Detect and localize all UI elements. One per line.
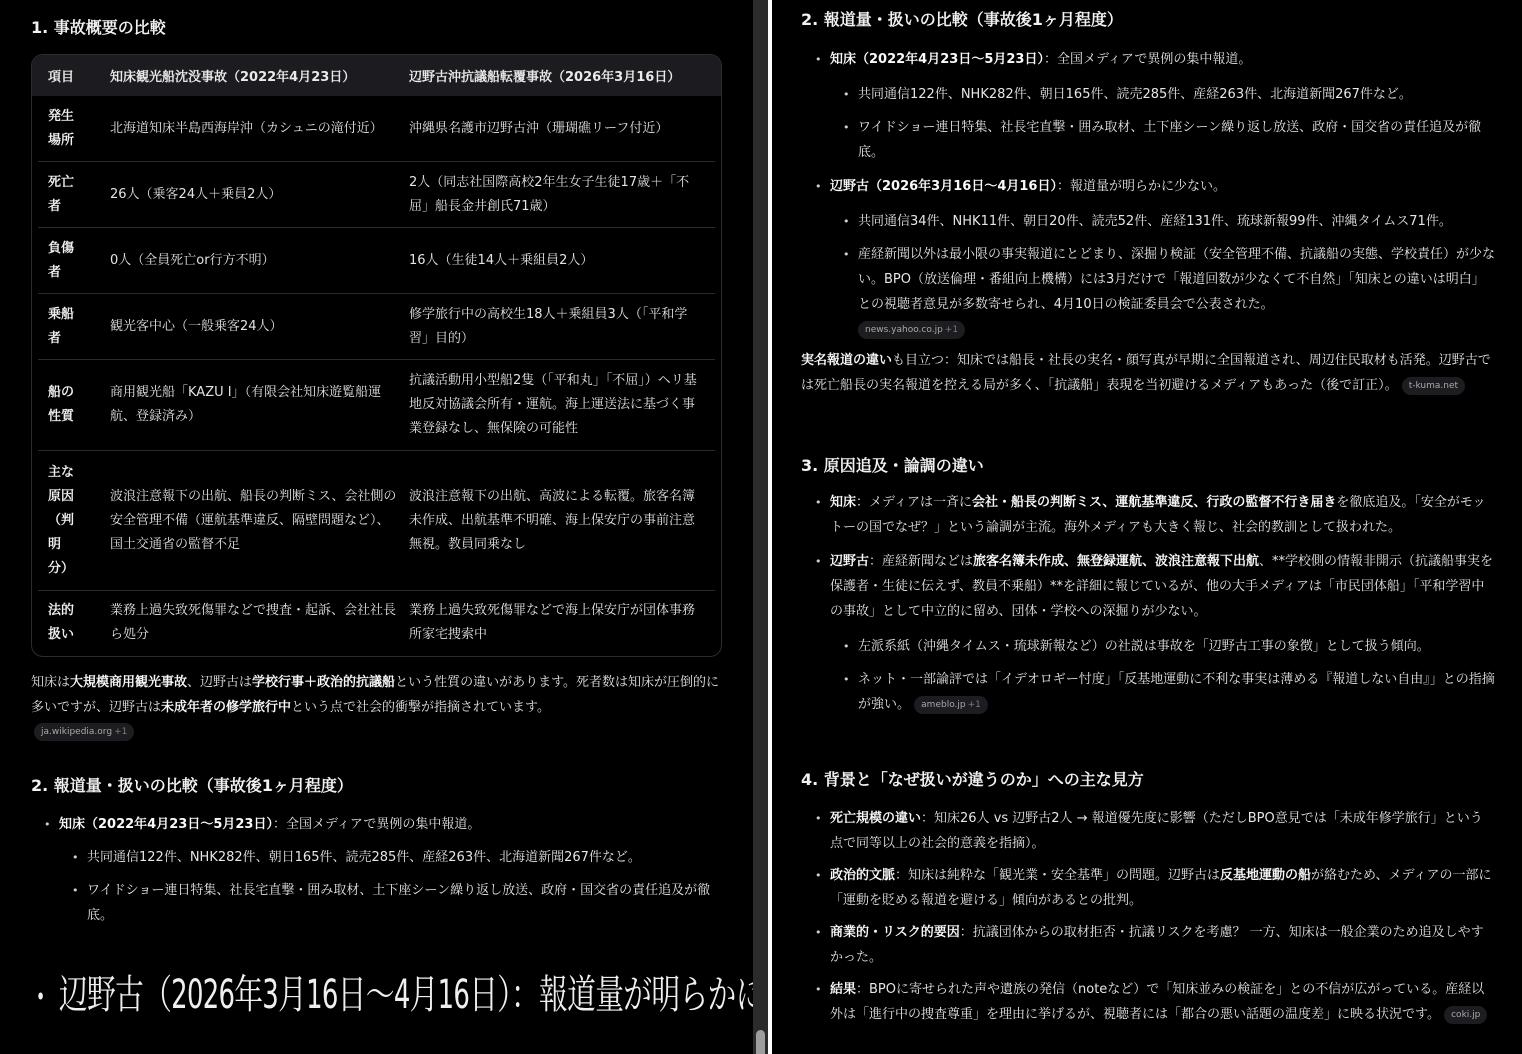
scrollbar-thumb[interactable]: [756, 1030, 765, 1054]
left-pane[interactable]: 1. 事故概要の比較 項目 知床観光船沈没事故（2022年4月23日） 辺野古沖…: [0, 0, 753, 1054]
row-shiretoko: 業務上過失致死傷罪などで捜査・起訴、会社社長ら処分: [110, 599, 409, 647]
section4-heading: 4. 背景と「なぜ扱いが違うのか」への主な見方: [801, 770, 1144, 791]
table-row: 船の性質 商用観光船「KAZU I」（有限会社知床遊覧船運航、登録済み） 抗議活…: [38, 360, 715, 451]
row-shiretoko: 0人（全員死亡or行方不明）: [110, 249, 409, 273]
enlarged-henoko-line: •辺野古（2026年3月16日～4月16日）：報道量が明らかに少ない。: [36, 965, 753, 1027]
sub-list-item: ワイドショー連日特集、社長宅直撃・囲み取材、土下座シーン繰り返し放送、政府・国交…: [858, 115, 1495, 165]
row-label: 死亡者: [38, 171, 110, 219]
section1-heading: 1. 事故概要の比較: [31, 18, 166, 39]
row-shiretoko: 波浪注意報下の出航、船長の判断ミス、会社側の安全管理不備（運航基準違反、隔壁問題…: [110, 485, 409, 557]
section2-heading: 2. 報道量・扱いの比較（事故後1ヶ月程度）: [801, 10, 1123, 31]
row-shiretoko: 26人（乗客24人＋乗員2人）: [110, 183, 409, 207]
list-item-shiretoko: 知床：メディアは一斉に会社・船長の判断ミス、運航基準違反、行政の監督不行き届きを…: [830, 490, 1495, 540]
row-label: 主な原因（判明分）: [38, 461, 110, 581]
tone-list: 知床：メディアは一斉に会社・船長の判断ミス、運航基準違反、行政の監督不行き届きを…: [830, 490, 1495, 717]
row-label: 発生場所: [38, 105, 110, 153]
coverage-list: 知床（2022年4月23日～5月23日）：全国メディアで異例の集中報道。 共同通…: [830, 47, 1495, 342]
sub-list-item: 共同通信122件、NHK282件、朝日165件、読売285件、産経263件、北海…: [87, 845, 719, 870]
sub-list-item: 産経新聞以外は最小限の事実報道にとどまり、深掘り検証（安全管理不備、抗議船の実態…: [858, 242, 1495, 342]
row-henoko: 沖縄県名護市辺野古沖（珊瑚礁リーフ付近）: [409, 117, 715, 141]
row-henoko: 2人（同志社国際高校2年生女子生徒17歳＋「不屈」船長金井創氏71歳）: [409, 171, 715, 219]
list-item-henoko: 辺野古：産経新聞などは旅客名簿未作成、無登録運航、波浪注意報下出航、**学校側の…: [830, 549, 1495, 717]
list-item-political: 政治的文脈：知床は純粋な「観光業・安全基準」の問題。辺野古は反基地運動の船が絡む…: [830, 863, 1495, 913]
section3-heading: 3. 原因追及・論調の違い: [801, 456, 984, 477]
list-item-result: 結果：BPOに寄せられた声や遺族の発信（noteなど）で「知床並みの検証を」との…: [830, 977, 1495, 1027]
row-henoko: 修学旅行中の高校生18人＋乗組員3人（「平和学習」目的）: [409, 303, 715, 351]
table-row: 法的扱い 業務上過失致死傷罪などで捜査・起訴、会社社長ら処分 業務上過失致死傷罪…: [38, 591, 715, 655]
list-item-death-scale: 死亡規模の違い：知床26人 vs 辺野古2人 → 報道優先度に影響（ただしBPO…: [830, 806, 1495, 856]
citation-chip-tkuma[interactable]: t-kuma.net: [1402, 377, 1465, 395]
list-item-shiretoko: 知床（2022年4月23日～5月23日）：全国メディアで異例の集中報道。 共同通…: [59, 812, 719, 928]
row-label: 乗船者: [38, 303, 110, 351]
coverage-list: 知床（2022年4月23日～5月23日）：全国メディアで異例の集中報道。 共同通…: [59, 812, 719, 928]
right-pane[interactable]: 2. 報道量・扱いの比較（事故後1ヶ月程度） 知床（2022年4月23日～5月2…: [772, 0, 1522, 1054]
table-header-item: 項目: [32, 66, 110, 85]
citation-chip-ameblo[interactable]: ameblo.jp+1: [914, 696, 988, 714]
section2-heading: 2. 報道量・扱いの比較（事故後1ヶ月程度）: [31, 776, 353, 797]
list-item-henoko: 辺野古（2026年3月16日～4月16日）：報道量が明らかに少ない。 共同通信3…: [830, 174, 1495, 342]
sub-list-item: 共同通信122件、NHK282件、朝日165件、読売285件、産経263件、北海…: [858, 82, 1495, 107]
row-henoko: 業務上過失致死傷罪などで海上保安庁が団体事務所家宅捜索中: [409, 599, 715, 647]
table-row: 乗船者 観光客中心（一般乗客24人） 修学旅行中の高校生18人＋乗組員3人（「平…: [38, 294, 715, 360]
list-item-commercial: 商業的・リスク的要因：抗議団体からの取材拒否・抗議リスクを考慮？ 一方、知床は一…: [830, 920, 1495, 970]
left-scrollbar[interactable]: [753, 0, 768, 1054]
row-label: 法的扱い: [38, 599, 110, 647]
summary-paragraph: 知床は大規模商用観光事故、辺野古は学校行事＋政治的抗議船という性質の違いがありま…: [31, 670, 721, 720]
citation-chip-coki[interactable]: coki.jp: [1444, 1006, 1487, 1024]
table-header-henoko: 辺野古沖抗議船転覆事故（2026年3月16日）: [409, 66, 721, 85]
citation-chip-wikipedia[interactable]: ja.wikipedia.org+1: [34, 723, 134, 741]
row-henoko: 16人（生徒14人＋乗組員2人）: [409, 249, 715, 273]
list-item-shiretoko: 知床（2022年4月23日～5月23日）：全国メディアで異例の集中報道。 共同通…: [830, 47, 1495, 165]
table-header-shiretoko: 知床観光船沈没事故（2022年4月23日）: [110, 66, 409, 85]
table-row: 発生場所 北海道知床半島西海岸沖（カシュニの滝付近） 沖縄県名護市辺野古沖（珊瑚…: [38, 96, 715, 162]
background-list: 死亡規模の違い：知床26人 vs 辺野古2人 → 報道優先度に影響（ただしBPO…: [830, 806, 1495, 1027]
comparison-table: 項目 知床観光船沈没事故（2022年4月23日） 辺野古沖抗議船転覆事故（202…: [31, 54, 722, 657]
row-shiretoko: 観光客中心（一般乗客24人）: [110, 315, 409, 339]
row-henoko: 波浪注意報下の出航、高波による転覆。旅客名簿未作成、出航基準不明確、海上保安庁の…: [409, 485, 715, 557]
table-row: 負傷者 0人（全員死亡or行方不明） 16人（生徒14人＋乗組員2人）: [38, 228, 715, 294]
row-label: 負傷者: [38, 237, 110, 285]
row-shiretoko: 商用観光船「KAZU I」（有限会社知床遊覧船運航、登録済み）: [110, 381, 409, 429]
sub-list-item: 共同通信34件、NHK11件、朝日20件、読売52件、産経131件、琉球新報99…: [858, 209, 1495, 234]
row-henoko: 抗議活動用小型船2隻（「平和丸」「不屈」）ヘリ基地反対協議会所有・運航。海上運送…: [409, 369, 715, 441]
row-label: 船の性質: [38, 381, 110, 429]
table-row: 死亡者 26人（乗客24人＋乗員2人） 2人（同志社国際高校2年生女子生徒17歳…: [38, 162, 715, 228]
citation-chip-yahoo[interactable]: news.yahoo.co.jp+1: [858, 321, 965, 339]
table-row: 主な原因（判明分） 波浪注意報下の出航、船長の判断ミス、会社側の安全管理不備（運…: [38, 451, 715, 591]
realname-paragraph: 実名報道の違いも目立つ：知床では船長・社長の実名・顔写真が早期に全国報道され、周…: [801, 348, 1491, 398]
table-header-row: 項目 知床観光船沈没事故（2022年4月23日） 辺野古沖抗議船転覆事故（202…: [32, 55, 721, 96]
sub-list-item: 左派系紙（沖縄タイムス・琉球新報など）の社説は事故を「辺野古工事の象徴」として扱…: [858, 634, 1495, 659]
sub-list-item: ワイドショー連日特集、社長宅直撃・囲み取材、土下座シーン繰り返し放送、政府・国交…: [87, 878, 719, 928]
sub-list-item: ネット・一部論評では「イデオロギー忖度」「反基地運動に不利な事実は薄める『報道し…: [858, 667, 1495, 717]
row-shiretoko: 北海道知床半島西海岸沖（カシュニの滝付近）: [110, 117, 409, 141]
